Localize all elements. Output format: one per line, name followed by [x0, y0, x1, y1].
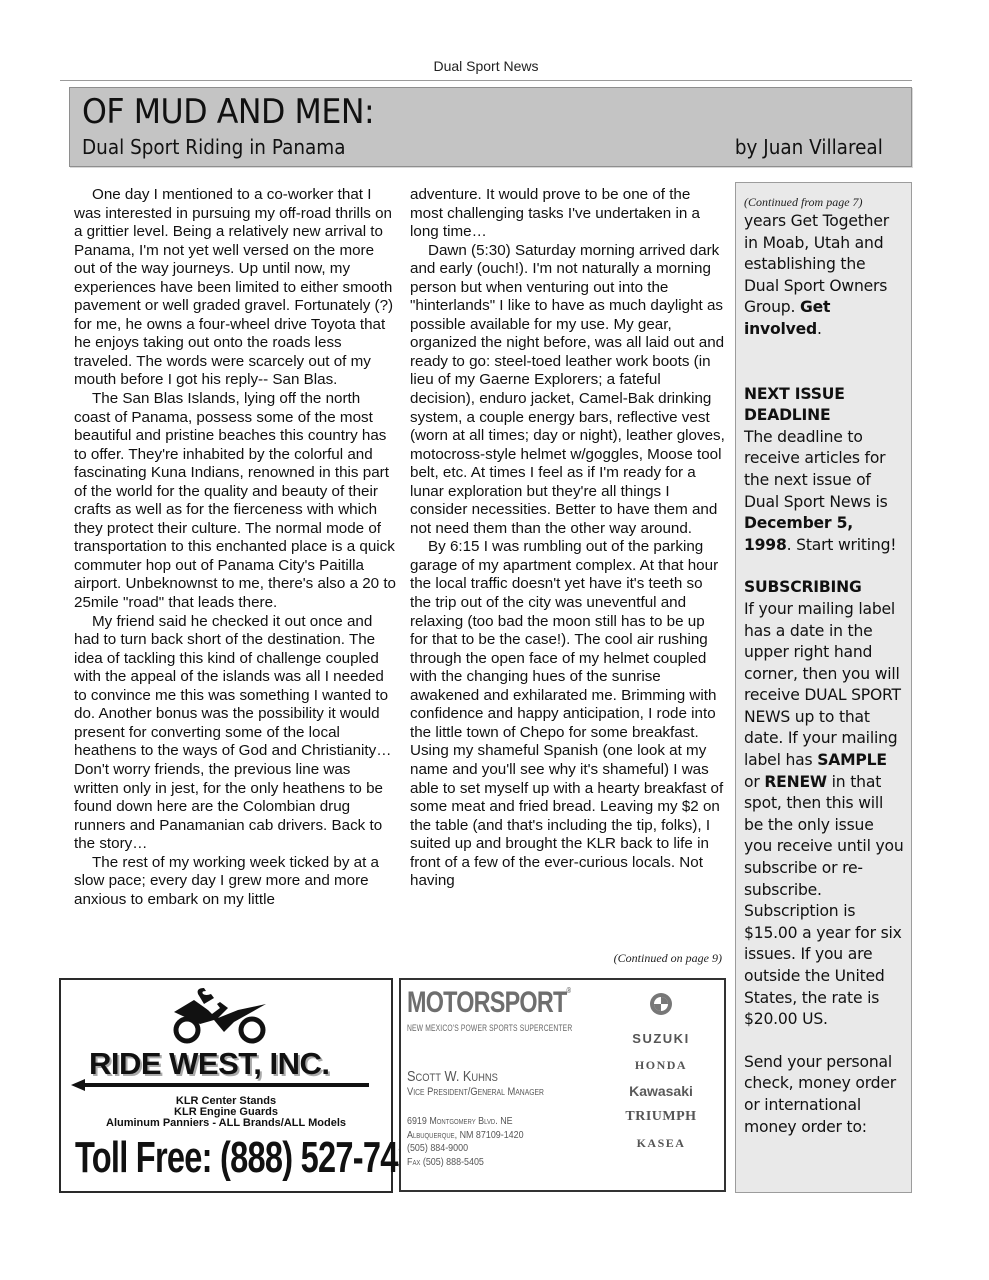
paragraph: By 6:15 I was rumbling out of the parkin… [410, 538, 726, 890]
continued-on-link: (Continued on page 9) [410, 951, 722, 966]
ride-west-name: RIDE WEST, INC. [89, 1046, 379, 1082]
deadline-end: . Start writing! [787, 536, 897, 554]
sidebar-intro: years Get Together in Moab, Utah and est… [744, 211, 905, 341]
motorcycle-rider-icon [164, 988, 274, 1044]
header-rule [60, 80, 912, 81]
brand-triumph: TRIUMPH [606, 1104, 716, 1130]
contact-title: Vice President/General Manager [407, 1086, 544, 1098]
punctuation: . [817, 320, 822, 338]
brand-kasea: KASEA [606, 1130, 716, 1156]
send-payment-text: Send your personal check, money order or… [744, 1052, 905, 1138]
deadline-text: The deadline to receive articles for the… [744, 428, 888, 511]
article-title-box: OF MUD AND MEN: Dual Sport Riding in Pan… [69, 87, 912, 167]
brand-suzuki: SUZUKI [606, 1026, 716, 1052]
running-head: Dual Sport News [60, 58, 912, 74]
article-title: OF MUD AND MEN: [82, 92, 374, 132]
address-line: 6919 Montgomery Blvd. NE [407, 1115, 524, 1129]
contact-name: Scott W. Kuhns [407, 1068, 498, 1085]
brand-honda: HONDA [606, 1052, 716, 1078]
spacer [744, 1031, 905, 1052]
address-line: Albuquerque, NM 87109-1420 [407, 1129, 524, 1143]
brand-kawasaki: Kawasaki [606, 1078, 716, 1104]
continued-from-note: (Continued from page 7) [744, 195, 905, 209]
paragraph: adventure. It would prove to be one of t… [410, 186, 726, 242]
article-column-2: adventure. It would prove to be one of t… [410, 186, 726, 891]
renew-label: RENEW [764, 773, 827, 791]
sidebar: (Continued from page 7) years Get Togeth… [735, 182, 912, 1193]
fax-line: Fax (505) 888-5405 [407, 1156, 524, 1170]
or-text: or [744, 773, 760, 791]
subscribing-text: If your mailing label has a date in the … [744, 600, 901, 769]
motorsport-brand-text: MOTORSPORT [407, 986, 566, 1019]
product-line: Aluminum Panniers - ALL Brands/ALL Model… [61, 1118, 391, 1129]
ride-west-products: KLR Center Stands KLR Engine Guards Alum… [61, 1096, 391, 1130]
brand-list: SUZUKI HONDA Kawasaki TRIUMPH KASEA [606, 992, 716, 1156]
ride-west-advertisement: RIDE WEST, INC. KLR Center Stands KLR En… [59, 978, 393, 1193]
motorsport-tagline: NEW MEXICO'S POWER SPORTS SUPERCENTER [407, 1023, 572, 1033]
bmw-roundel-icon [649, 992, 673, 1016]
spacer [744, 341, 905, 384]
contact-address: 6919 Montgomery Blvd. NE Albuquerque, NM… [407, 1115, 524, 1169]
phone-line: (505) 884-9000 [407, 1142, 524, 1156]
paragraph: The rest of my working week ticked by at… [74, 854, 396, 910]
subscribing-section: SUBSCRIBING If your mailing label has a … [744, 577, 905, 1030]
paragraph: Dawn (5:30) Saturday morning arrived dar… [410, 242, 726, 539]
paragraph: The San Blas Islands, lying off the nort… [74, 390, 396, 613]
article-byline: by Juan Villareal [735, 135, 883, 159]
ride-west-phone: Toll Free: (888) 527-7433 [75, 1133, 304, 1183]
motorsport-advertisement: MOTORSPORT® NEW MEXICO'S POWER SPORTS SU… [399, 978, 726, 1192]
sample-label: SAMPLE [817, 751, 887, 769]
article-column-1: One day I mentioned to a co-worker that … [74, 186, 396, 909]
deadline-heading: NEXT ISSUE DEADLINE [744, 384, 905, 427]
deadline-section: NEXT ISSUE DEADLINE The deadline to rece… [744, 384, 905, 557]
motorsport-logo: MOTORSPORT® [407, 986, 570, 1020]
registered-mark: ® [566, 986, 570, 995]
spacer [744, 556, 905, 577]
arrow-left-icon [71, 1079, 371, 1091]
article-subtitle: Dual Sport Riding in Panama [82, 135, 345, 159]
paragraph: One day I mentioned to a co-worker that … [74, 186, 396, 390]
subscribing-text-2: in that spot, then this will be the only… [744, 773, 904, 1029]
paragraph: My friend said he checked it out once an… [74, 613, 396, 854]
subscribing-heading: SUBSCRIBING [744, 577, 905, 599]
